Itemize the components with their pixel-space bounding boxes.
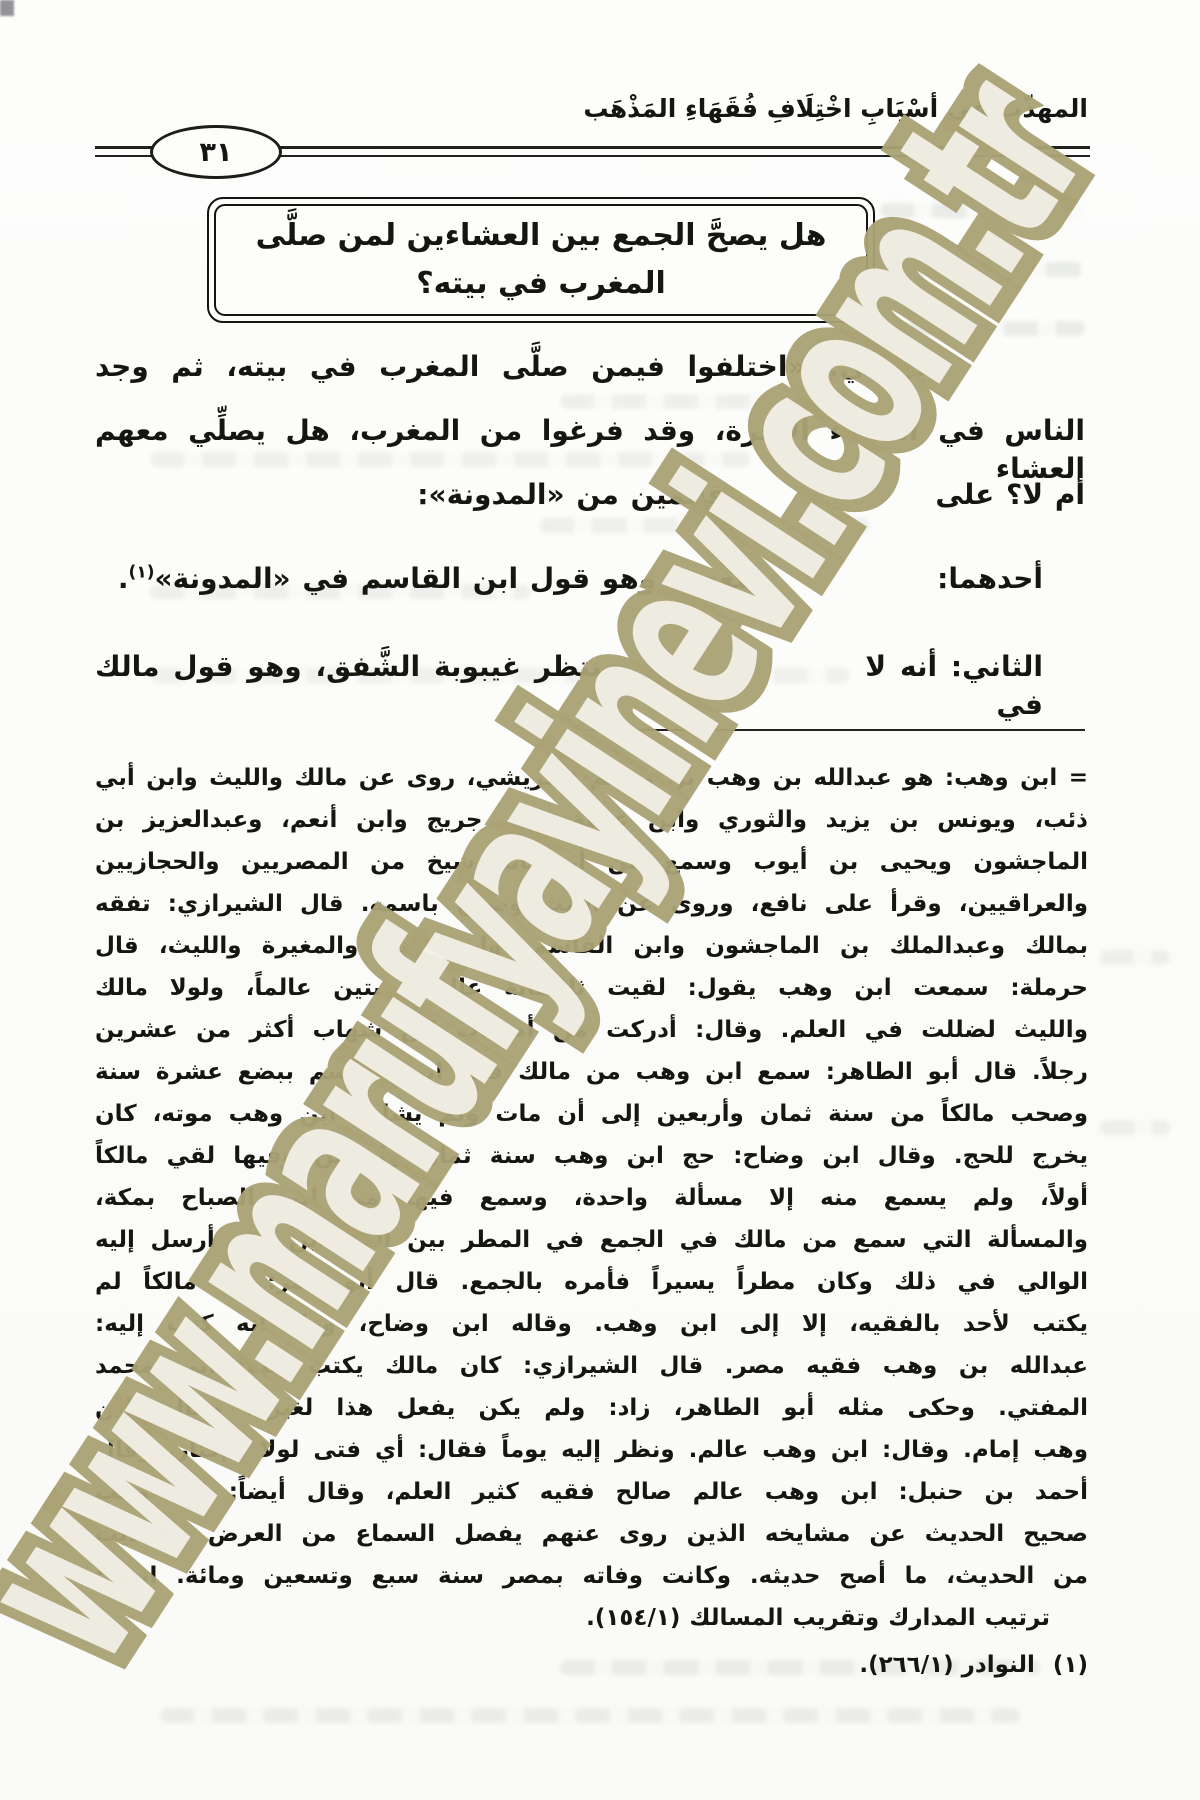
footnote-line: عبدالله بن وهب فقيه مصر. قال الشيرازي: ك… <box>95 1345 1088 1387</box>
bleed-through-smudge <box>900 321 1085 336</box>
footnote-line: أحمد بن حنبل: ابن وهب عالم صالح فقيه كثي… <box>95 1471 1088 1513</box>
bleed-through-smudge <box>560 394 860 409</box>
page-number-badge: ٣١ <box>150 125 282 179</box>
footnote-reference-text: النوادر (٢٦٦/١). <box>859 1652 1035 1678</box>
body-line: أم لا؟ علىقائمين من «المدونة»: <box>95 476 1085 514</box>
page-number: ٣١ <box>200 137 233 168</box>
body-text: أحدهما: <box>937 562 1043 595</box>
footnote-line: وهب إمام. وقال: ابن وهب عالم. ونظر إليه … <box>95 1429 1088 1471</box>
body-text: أم لا؟ على <box>935 478 1085 511</box>
chapter-title-box: هل يصحَّ الجمع بين العشاءين لمن صلَّى ال… <box>207 197 875 323</box>
body-text: . <box>118 562 129 595</box>
body-text: جراجي: «اختلفوا فيمن صلَّى المغرب في بيت… <box>95 350 935 383</box>
body-text: الثاني: أنه لا <box>865 650 1043 683</box>
scanned-book-page: المهذّبُ فِي أسْبَابِ اخْتِلَافِ فُقَهَا… <box>0 0 1200 1800</box>
footnote-line: والليث لضللت في العلم. وقال: أدركت من أص… <box>95 1009 1088 1051</box>
body-line: جراجي: «اختلفوا فيمن صلَّى المغرب في بيت… <box>95 348 1085 386</box>
bleed-through-smudge <box>1100 950 1170 965</box>
footnote-block: = ابن وهب: هو عبدالله بن وهب بن مسلم الق… <box>95 757 1088 1639</box>
bleed-through-smudge <box>540 518 870 533</box>
body-text: الناس في العشاء الآخرة، وقد فرغوا من الم… <box>95 414 1085 485</box>
footnote-line: يكتب لأحد بالفقيه، إلا إلى ابن وهب. وقال… <box>95 1303 1088 1345</box>
footnote-reference-mark: (١) <box>129 563 155 583</box>
footnote-line: أولاً، ولم يسمع منه إلا مسألة واحدة، وسم… <box>95 1177 1088 1219</box>
footnote-separator-rule <box>585 729 1085 731</box>
footnote-line: من الحديث، ما أصح حديثه. وكانت وفاته بمص… <box>95 1555 1088 1597</box>
footnote-line: يخرج للحج. وقال ابن وضاح: حج ابن وهب سنة… <box>95 1135 1088 1177</box>
book-title: المهذّبُ فِي أسْبَابِ اخْتِلَافِ فُقَهَا… <box>583 94 1088 123</box>
footnote-line: صحيح الحديث عن مشايخه الذين روى عنهم يفص… <box>95 1513 1088 1555</box>
body-text: قائمين من «المدونة»: <box>417 478 725 511</box>
footnote-line: ترتيب المدارك وتقريب المسالك (١٥٤/١). <box>95 1597 1088 1639</box>
footnote-line: رجلاً. قال أبو الطاهر: سمع ابن وهب من ما… <box>95 1051 1088 1093</box>
body-line: الثاني: أنه لاوينتظر غيبوبة الشَّفق، وهو… <box>95 648 1085 724</box>
footnote-line: الماجشون ويحيى بن أيوب وسمع من أربعمائة … <box>95 841 1088 883</box>
chapter-title-inner-frame: هل يصحَّ الجمع بين العشاءين لمن صلَّى ال… <box>214 204 868 316</box>
occluded-gap <box>725 503 935 504</box>
footnote-line: والمسألة التي سمع من مالك في الجمع في ال… <box>95 1219 1088 1261</box>
bleed-through-smudge <box>160 1708 1020 1723</box>
bleed-through-smudge <box>890 262 1085 277</box>
footnote-line: بمالك وعبدالملك بن الماجشون وابن القاسم،… <box>95 925 1088 967</box>
footnote-line: الوالي في ذلك وكان مطراً يسيراً فأمره با… <box>95 1261 1088 1303</box>
footnote-line: = ابن وهب: هو عبدالله بن وهب بن مسلم الق… <box>95 757 1088 799</box>
body-text: معهم، وهو قول ابن القاسم في «المدونة» <box>155 562 753 595</box>
footnote-reference-line: (١)النوادر (٢٦٦/١). <box>95 1652 1088 1678</box>
body-line: أحدهما:معهم، وهو قول ابن القاسم في «المد… <box>95 560 1085 598</box>
scan-artifact <box>0 0 14 16</box>
footnote-line: حرملة: سمعت ابن وهب يقول: لقيت ثلاثمائة … <box>95 967 1088 1009</box>
footnote-number: (١) <box>1053 1652 1088 1678</box>
occluded-gap <box>630 675 865 676</box>
footnote-line: وصحب مالكاً من سنة ثمان وأربعين إلى أن م… <box>95 1093 1088 1135</box>
bleed-through-smudge <box>880 203 1085 218</box>
bleed-through-smudge <box>1100 1120 1170 1135</box>
footnote-line: والعراقيين، وقرأ على نافع، وروى عن الليث… <box>95 883 1088 925</box>
chapter-title-line2: المغرب في بيته؟ <box>416 263 666 305</box>
footnote-line: المفتي. وحكى مثله أبو الطاهر، زاد: ولم ي… <box>95 1387 1088 1429</box>
footnote-line: ذئب، ويونس بن يزيد والثوري وابن عيينة وا… <box>95 799 1088 841</box>
chapter-title-line1: هل يصحَّ الجمع بين العشاءين لمن صلَّى <box>256 215 827 257</box>
occluded-gap <box>752 587 937 588</box>
